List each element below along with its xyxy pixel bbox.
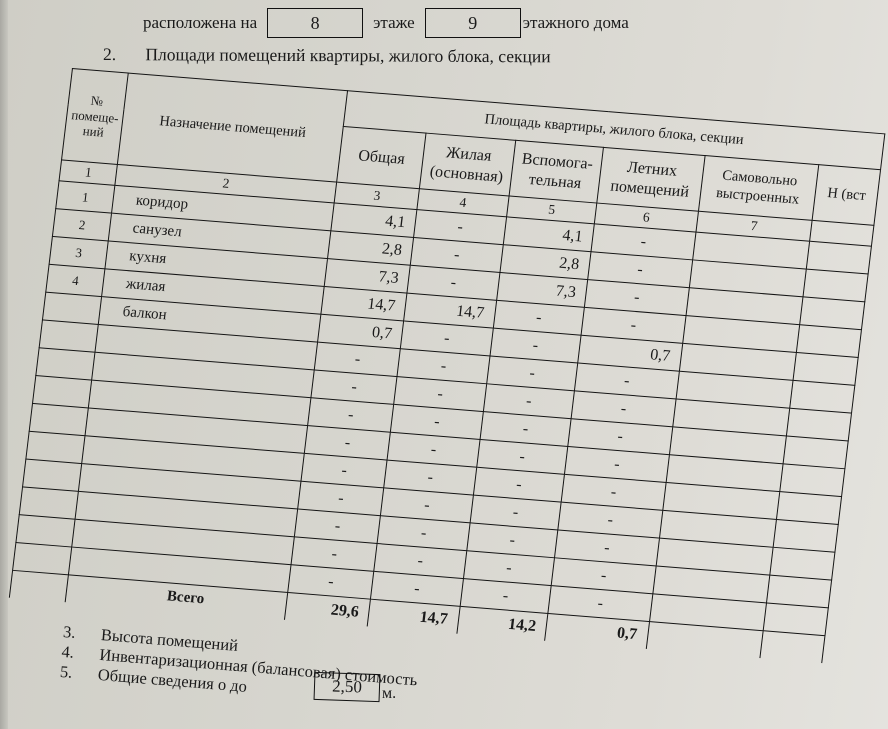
page-edge bbox=[0, 0, 8, 729]
header-self-built: Самовольно выстроенных bbox=[698, 156, 819, 221]
cell-no: 1 bbox=[56, 181, 115, 213]
header-extra: Н (вст bbox=[813, 165, 881, 226]
header-auxiliary: Вспомога-тельная bbox=[509, 140, 604, 203]
section-number: 2. bbox=[103, 44, 141, 65]
section-2-heading: 2. Площади помещений квартиры, жилого бл… bbox=[103, 44, 551, 67]
cell-no bbox=[39, 320, 98, 352]
total-extra bbox=[760, 631, 825, 663]
header-total: Общая bbox=[337, 126, 427, 188]
cell-no bbox=[26, 431, 85, 463]
floor-suffix: этажного дома bbox=[523, 13, 629, 33]
area-table: № помеще-ний Назначение помещений Площад… bbox=[9, 68, 886, 663]
header-living: Жилая (основная) bbox=[420, 133, 515, 196]
cell-no bbox=[16, 515, 75, 547]
cell-no bbox=[36, 348, 95, 380]
cell-no: 4 bbox=[46, 264, 105, 296]
ceiling-height-unit: м. bbox=[382, 685, 396, 703]
cell-no bbox=[13, 543, 72, 575]
floor-prefix: расположена на bbox=[143, 13, 257, 33]
total-total: 29,6 bbox=[284, 592, 370, 626]
document-page: расположена на 8 этаже 9 этажного дома 2… bbox=[0, 0, 888, 729]
cell-no bbox=[19, 487, 78, 519]
total-aux: 14,2 bbox=[457, 606, 549, 640]
ceiling-height-value: 2,50 bbox=[314, 672, 381, 702]
floor-box: 8 bbox=[267, 8, 363, 38]
total-floors-box: 9 bbox=[425, 8, 521, 38]
cell-no: 3 bbox=[49, 236, 108, 268]
cell-no bbox=[42, 292, 101, 324]
cell-no bbox=[29, 403, 88, 435]
total-living: 14,7 bbox=[368, 599, 460, 633]
header-purpose: Назначение помещений bbox=[118, 73, 348, 182]
floor-line: расположена на 8 этаже 9 этажного дома bbox=[143, 6, 629, 40]
section-title: Площади помещений квартиры, жилого блока… bbox=[145, 44, 550, 66]
cell-no bbox=[23, 459, 82, 491]
header-summer: Летних помещений bbox=[597, 147, 705, 211]
cell-no: 2 bbox=[52, 209, 111, 241]
cell-no bbox=[33, 376, 92, 408]
floor-middle: этаже bbox=[373, 13, 415, 33]
area-table-wrap: № помеще-ний Назначение помещений Площад… bbox=[9, 68, 886, 663]
